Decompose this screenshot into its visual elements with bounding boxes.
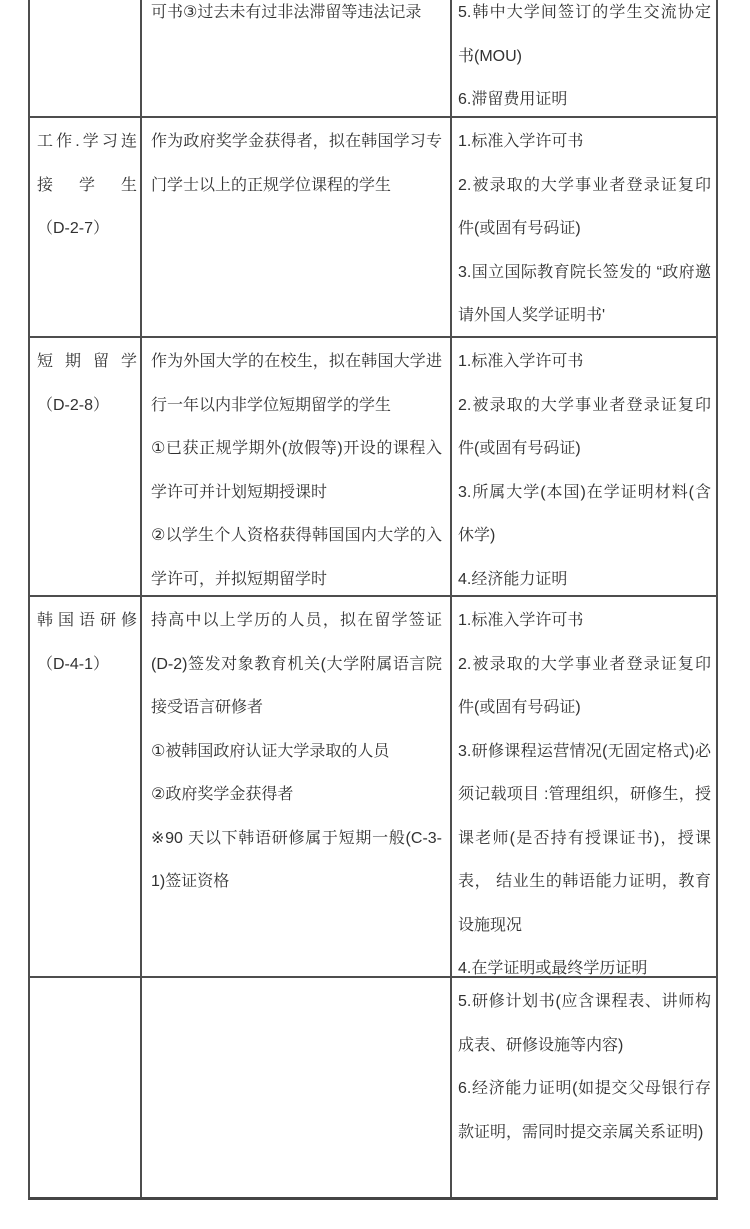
document-item: 1.标准入学许可书 <box>458 599 711 643</box>
document-item: 1.标准入学许可书 <box>458 120 711 164</box>
visa-type-cell-content: 工作.学习连接学生 （D-2-7） <box>37 120 137 251</box>
description-paragraph: 可书③过去未有过非法滞留等违法记录 <box>151 0 442 35</box>
visa-description-cell: 作为外国大学的在校生，拟在韩国大学进行一年以内非学位短期留学的学生①已获正规学期… <box>142 338 452 595</box>
table-row: 5.研修计划书(应含课程表、讲师构成表、研修设施等内容)6.经济能力证明(如提交… <box>30 978 716 1197</box>
visa-type-cell <box>30 0 142 116</box>
visa-type-code: （D-2-8） <box>37 384 137 428</box>
document-item: 1.标准入学许可书 <box>458 340 711 384</box>
visa-requirements-table: 可书③过去未有过非法滞留等违法记录 5.韩中大学间签订的学生交流协定书(MOU)… <box>28 0 718 1200</box>
document-item: 2.被录取的大学事业者登录证复印件(或固有号码证) <box>458 643 711 730</box>
required-documents-cell: 5.韩中大学间签订的学生交流协定书(MOU)6.滞留费用证明 <box>452 0 716 116</box>
visa-description-cell: 可书③过去未有过非法滞留等违法记录 <box>142 0 452 116</box>
visa-description-cell-content: 作为政府奖学金获得者，拟在韩国学习专门学士以上的正规学位课程的学生 <box>151 120 442 207</box>
document-item: 3.国立国际教育院长签发的 “政府邀请外国人奖学证明书' <box>458 251 711 337</box>
visa-type-name: 韩国语研修 <box>37 599 137 643</box>
required-documents-cell: 1.标准入学许可书2.被录取的大学事业者登录证复印件(或固有号码证)3.研修课程… <box>452 597 716 976</box>
visa-type-name: 短期留学 <box>37 340 137 384</box>
description-paragraph: ※90 天以下韩语研修属于短期一般(C-3-1)签证资格 <box>151 817 442 904</box>
description-paragraph: ②以学生个人资格获得韩国国内大学的入学许可，并拟短期留学时 <box>151 514 442 595</box>
document-item: 5.韩中大学间签订的学生交流协定书(MOU) <box>458 0 711 78</box>
visa-type-cell-content: 短期留学 （D-2-8） <box>37 340 137 427</box>
description-paragraph: ②政府奖学金获得者 <box>151 773 442 817</box>
required-documents-cell-content: 1.标准入学许可书2.被录取的大学事业者登录证复印件(或固有号码证)3.所属大学… <box>458 340 711 595</box>
document-item: 2.被录取的大学事业者登录证复印件(或固有号码证) <box>458 384 711 471</box>
required-documents-cell-content: 1.标准入学许可书2.被录取的大学事业者登录证复印件(或固有号码证)3.研修课程… <box>458 599 711 976</box>
required-documents-cell-content: 1.标准入学许可书2.被录取的大学事业者登录证复印件(或固有号码证)3.国立国际… <box>458 120 711 336</box>
required-documents-cell-content: 5.韩中大学间签订的学生交流协定书(MOU)6.滞留费用证明 <box>458 0 711 116</box>
document-item: 2.被录取的大学事业者登录证复印件(或固有号码证) <box>458 164 711 251</box>
visa-type-cell-content: 韩国语研修 （D-4-1） <box>37 599 137 686</box>
visa-type-name: 工作.学习连接学生 <box>37 120 137 207</box>
visa-description-cell <box>142 978 452 1197</box>
visa-type-code: （D-4-1） <box>37 643 137 687</box>
visa-type-cell: 短期留学 （D-2-8） <box>30 338 142 595</box>
document-item: 5.研修计划书(应含课程表、讲师构成表、研修设施等内容) <box>458 980 711 1067</box>
table-row: 韩国语研修 （D-4-1） 持高中以上学历的人员，拟在留学签证(D-2)签发对象… <box>30 597 716 978</box>
document-item: 4.经济能力证明 <box>458 558 711 596</box>
visa-type-cell: 韩国语研修 （D-4-1） <box>30 597 142 976</box>
visa-type-code: （D-2-7） <box>37 207 137 251</box>
description-paragraph: 作为政府奖学金获得者，拟在韩国学习专门学士以上的正规学位课程的学生 <box>151 120 442 207</box>
visa-description-cell: 作为政府奖学金获得者，拟在韩国学习专门学士以上的正规学位课程的学生 <box>142 118 452 336</box>
table-row: 工作.学习连接学生 （D-2-7） 作为政府奖学金获得者，拟在韩国学习专门学士以… <box>30 118 716 338</box>
required-documents-cell-content: 5.研修计划书(应含课程表、讲师构成表、研修设施等内容)6.经济能力证明(如提交… <box>458 980 711 1154</box>
table-row: 短期留学 （D-2-8） 作为外国大学的在校生，拟在韩国大学进行一年以内非学位短… <box>30 338 716 597</box>
document-item: 3.研修课程运营情况(无固定格式)必须记载项目 :管理组织，研修生，授课老师(是… <box>458 730 711 948</box>
visa-description-cell-content: 可书③过去未有过非法滞留等违法记录 <box>151 0 442 35</box>
description-paragraph: ①被韩国政府认证大学录取的人员 <box>151 730 442 774</box>
description-paragraph: 持高中以上学历的人员，拟在留学签证(D-2)签发对象教育机关(大学附属语言院接受… <box>151 599 442 730</box>
document-item: 3.所属大学(本国)在学证明材料(含休学) <box>458 471 711 558</box>
required-documents-cell: 5.研修计划书(应含课程表、讲师构成表、研修设施等内容)6.经济能力证明(如提交… <box>452 978 716 1197</box>
document-item: 4.在学证明或最终学历证明 <box>458 947 711 976</box>
document-item: 6.滞留费用证明 <box>458 78 711 116</box>
table-row: 可书③过去未有过非法滞留等违法记录 5.韩中大学间签订的学生交流协定书(MOU)… <box>30 0 716 118</box>
visa-description-cell-content: 作为外国大学的在校生，拟在韩国大学进行一年以内非学位短期留学的学生①已获正规学期… <box>151 340 442 595</box>
description-paragraph: ①已获正规学期外(放假等)开设的课程入学许可并计划短期授课时 <box>151 427 442 514</box>
description-paragraph: 作为外国大学的在校生，拟在韩国大学进行一年以内非学位短期留学的学生 <box>151 340 442 427</box>
required-documents-cell: 1.标准入学许可书2.被录取的大学事业者登录证复印件(或固有号码证)3.国立国际… <box>452 118 716 336</box>
visa-type-cell: 工作.学习连接学生 （D-2-7） <box>30 118 142 336</box>
visa-description-cell-content: 持高中以上学历的人员，拟在留学签证(D-2)签发对象教育机关(大学附属语言院接受… <box>151 599 442 904</box>
required-documents-cell: 1.标准入学许可书2.被录取的大学事业者登录证复印件(或固有号码证)3.所属大学… <box>452 338 716 595</box>
visa-type-cell <box>30 978 142 1197</box>
document-item: 6.经济能力证明(如提交父母银行存款证明，需同时提交亲属关系证明) <box>458 1067 711 1154</box>
visa-description-cell: 持高中以上学历的人员，拟在留学签证(D-2)签发对象教育机关(大学附属语言院接受… <box>142 597 452 976</box>
